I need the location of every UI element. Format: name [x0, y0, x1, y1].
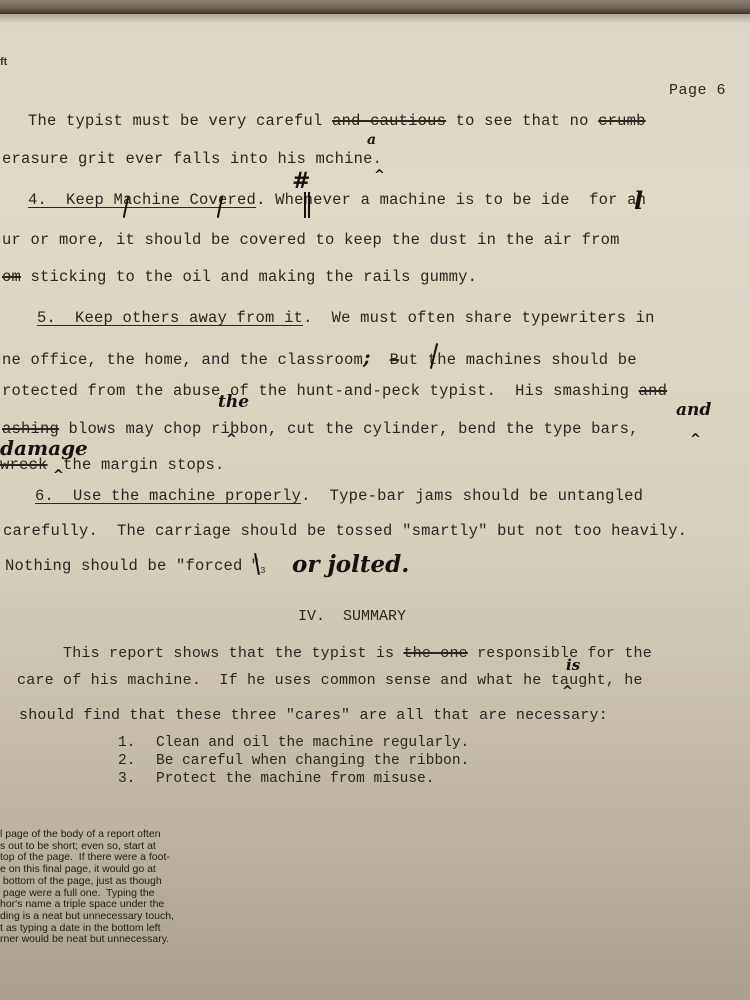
summary-line-2: care of his machine. If he uses common s… — [17, 672, 643, 689]
text: erasure grit ever falls into his m — [2, 150, 325, 168]
text: ne office, the home, and the classroom — [2, 351, 363, 369]
inserted-word: damage — [0, 436, 88, 460]
page-top-edge — [0, 0, 750, 14]
text: care of his machine. If he uses common s… — [17, 672, 541, 689]
struck-text: the one — [403, 645, 467, 662]
page-top-shadow — [0, 14, 750, 24]
text: responsible for the — [468, 645, 652, 662]
text: . Type-bar jams should be untangled — [301, 487, 643, 505]
struck-letter: B — [390, 351, 400, 369]
text: ribbon, cut the cylinder, bend the type … — [211, 420, 639, 438]
list-item: 3.Protect the machine from misuse. — [118, 770, 469, 788]
summary-line-1: This report shows that the typist is the… — [63, 645, 652, 662]
paragraph-bar-mark — [304, 192, 306, 218]
item6-line-1: 6. Use the machine properly. Type-bar ja… — [35, 487, 643, 505]
inserted-word: the — [218, 392, 249, 412]
inserted-word: and — [676, 400, 711, 420]
item6-heading: 6. Use the machine properly — [35, 487, 301, 505]
inserted-word: is — [566, 656, 580, 674]
item5-line-1: 5. Keep others away from it. We must oft… — [37, 309, 655, 327]
footnote-mark: 3 — [260, 566, 266, 576]
caret-mark: ^ — [562, 684, 573, 699]
margin-sidenote: l page of the body of a report often s o… — [0, 829, 216, 946]
paragraph-bar-mark — [308, 192, 310, 218]
item5-line-3: rotected from the abuse of the hunt-and-… — [2, 382, 667, 400]
text: This report shows that the typist is — [63, 645, 403, 662]
section-heading-summary: IV. SUMMARY — [298, 608, 406, 625]
sidenote-line: bottom of the page, just as though — [0, 876, 216, 888]
struck-text: and — [639, 382, 668, 400]
text: Whenever a machine is to be ide — [275, 191, 570, 209]
struck-text: om — [2, 268, 21, 286]
item6-line-3: Nothing should be "forced"3 — [5, 557, 266, 576]
sidenote-line: l page of the body of a report often — [0, 829, 216, 841]
caret-mark: ^ — [690, 432, 701, 447]
handwritten-correction: l — [634, 186, 643, 215]
item4-line-2: ur or more, it should be covered to keep… — [2, 231, 620, 249]
corner-text-fragment: ft — [0, 56, 7, 68]
text: sticking to the oil and making the rails… — [21, 268, 477, 286]
summary-list: 1.Clean and oil the machine regularly. 2… — [118, 734, 469, 788]
item5-line-2: ne office, the home, and the classroom; … — [2, 345, 637, 369]
item4-line-3: om sticking to the oil and making the ra… — [2, 268, 477, 286]
struck-text: crumb — [598, 112, 646, 130]
summary-line-3: should find that these three "cares" are… — [19, 707, 608, 724]
item6-line-2: carefully. The carriage should be tossed… — [3, 522, 687, 540]
list-item: 1.Clean and oil the machine regularly. — [118, 734, 469, 752]
erasure-line-2: erasure grit ever falls into his mchine. — [2, 150, 382, 168]
sidenote-line: rner would be neat but unnecessary. — [0, 934, 216, 946]
text: The typist must be very careful — [28, 112, 332, 130]
text: chine. — [325, 150, 382, 168]
erasure-line-1: The typist must be very careful and caut… — [28, 112, 646, 130]
inserted-phrase: or jolted. — [292, 551, 409, 578]
item5-line-4: ashing blows may chop ribbon, cut the cy… — [2, 420, 639, 438]
struck-text: and cautious — [332, 112, 446, 130]
list-item: 2.Be careful when changing the ribbon. — [118, 752, 469, 770]
text: to see that no — [446, 112, 598, 130]
text: . We must often share typewriters in — [303, 309, 655, 327]
paragraph-mark: # — [292, 168, 310, 194]
caret-mark: ^ — [226, 432, 237, 447]
page-number: Page 6 — [669, 82, 726, 99]
text: rotected from the abuse of the hunt-and-… — [2, 382, 639, 400]
semicolon-mark: ; — [363, 345, 371, 369]
inserted-letter: a — [367, 132, 376, 148]
item5-heading: 5. Keep others away from it — [37, 309, 303, 327]
caret-mark: ^ — [53, 468, 64, 483]
caret-mark: ^ — [374, 168, 385, 183]
item4-line-1: 4. Keep Machine Covered. Whenever a mach… — [28, 191, 646, 209]
text: Nothing should be "forced — [5, 557, 243, 575]
text: . — [256, 191, 266, 209]
sidenote-line: ding is a neat but unnecessary touch, — [0, 911, 216, 923]
